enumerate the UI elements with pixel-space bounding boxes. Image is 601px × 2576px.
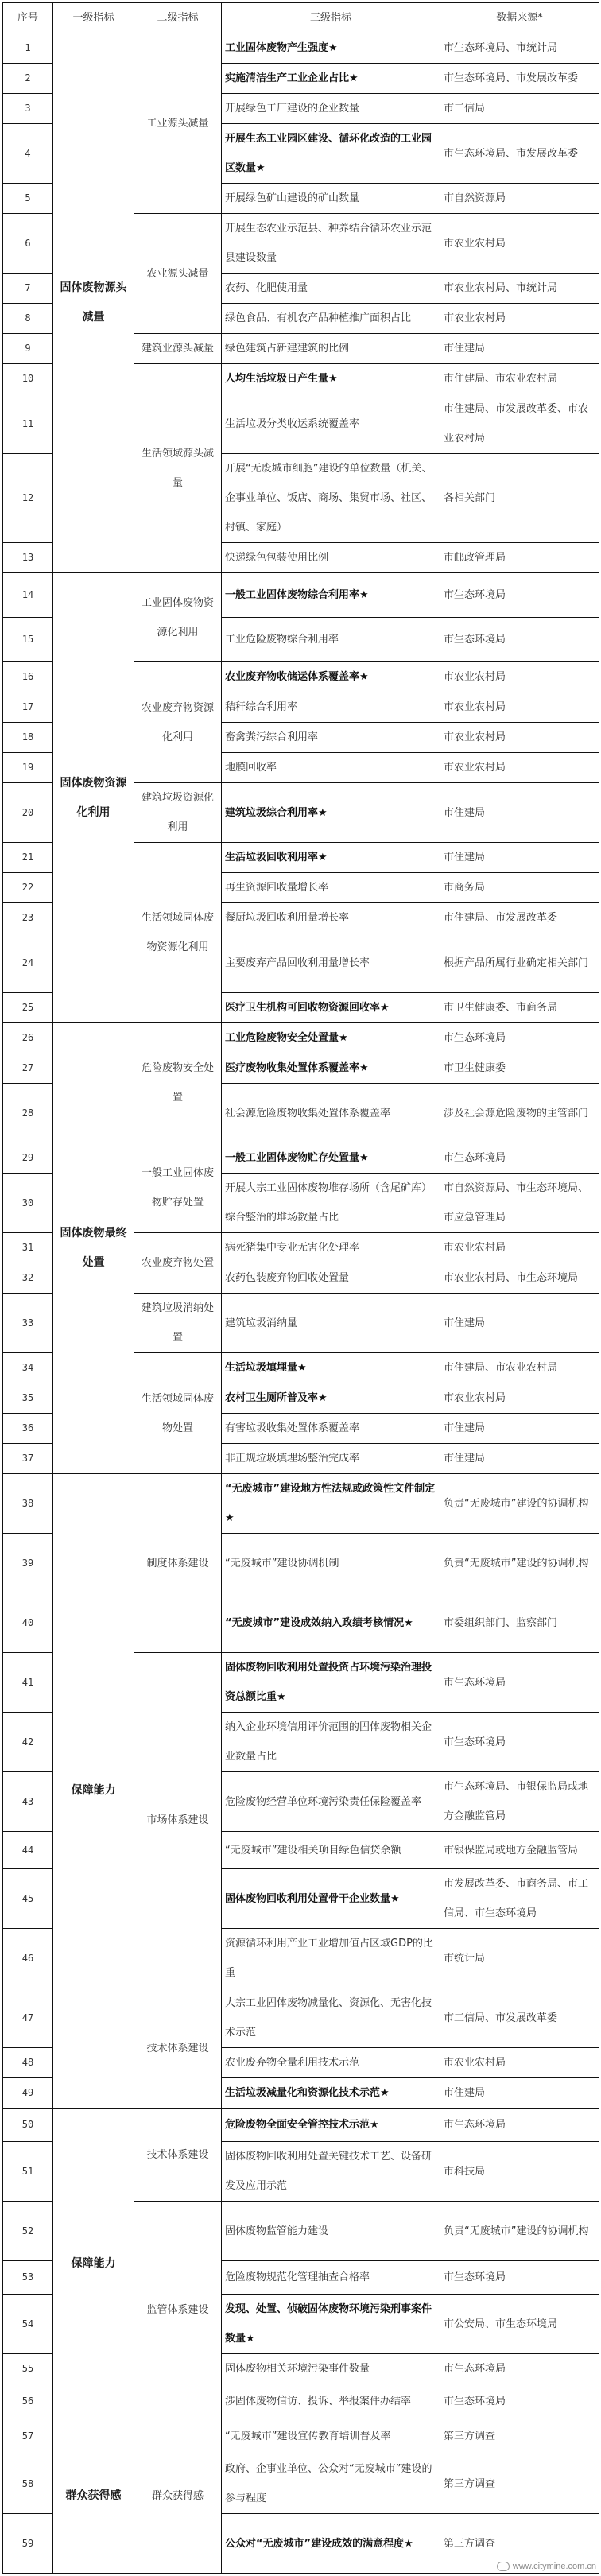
data-source: 市生态环境局、市发展改革委 bbox=[440, 64, 599, 94]
row-number: 22 bbox=[3, 873, 53, 903]
row-number: 58 bbox=[3, 2454, 53, 2514]
row-number: 11 bbox=[3, 394, 53, 454]
key-indicator: “无废城市”建设成效纳入政绩考核情况★ bbox=[222, 1593, 440, 1653]
table-row: 38保障能力制度体系建设“无废城市”建设地方性法规或政策性文件制定★负责“无废城… bbox=[3, 1474, 599, 1534]
row-number: 27 bbox=[3, 1053, 53, 1084]
row-number: 42 bbox=[3, 1713, 53, 1772]
data-source: 各相关部门 bbox=[440, 454, 599, 543]
key-indicator: 工业固体废物产生强度★ bbox=[222, 33, 440, 64]
level3-indicator: 建筑垃圾消纳量 bbox=[222, 1294, 440, 1353]
row-number: 24 bbox=[3, 933, 53, 993]
level3-indicator: 农业废弃物全量利用技术示范 bbox=[222, 2048, 440, 2078]
row-number: 12 bbox=[3, 454, 53, 543]
level3-indicator: 畜禽粪污综合利用率 bbox=[222, 723, 440, 753]
level3-indicator: 绿色建筑占新建建筑的比例 bbox=[222, 334, 440, 364]
level3-indicator: 固体废物监管能力建设 bbox=[222, 2202, 440, 2261]
row-number: 30 bbox=[3, 1174, 53, 1233]
row-number: 4 bbox=[3, 124, 53, 184]
table-row: 26固体废物最终处置危险废物安全处置工业危险废物安全处置量★市生态环境局 bbox=[3, 1023, 599, 1053]
row-number: 43 bbox=[3, 1772, 53, 1832]
row-number: 19 bbox=[3, 753, 53, 783]
level3-indicator: 餐厨垃圾回收利用量增长率 bbox=[222, 903, 440, 933]
row-number: 1 bbox=[3, 33, 53, 64]
row-number: 52 bbox=[3, 2202, 53, 2261]
data-source: 市科技局 bbox=[440, 2142, 599, 2202]
data-source: 市农业农村局 bbox=[440, 753, 599, 783]
level3-indicator: 资源循环利用产业工业增加值占区域GDP的比重 bbox=[222, 1929, 440, 1988]
level3-indicator: 开展大宗工业固体废物堆存场所（含尾矿库）综合整治的堆场数量占比 bbox=[222, 1174, 440, 1233]
data-source: 市住建局、市农业农村局 bbox=[440, 1353, 599, 1383]
row-number: 47 bbox=[3, 1988, 53, 2048]
row-number: 29 bbox=[3, 1143, 53, 1174]
level3-indicator: 危险废物规范化管理抽查合格率 bbox=[222, 2261, 440, 2295]
level3-indicator: 固体废物回收利用处置关键技术工艺、设备研发及应用示范 bbox=[222, 2142, 440, 2202]
table-row: 1固体废物源头减量工业源头减量工业固体废物产生强度★市生态环境局、市统计局 bbox=[3, 33, 599, 64]
level3-indicator: 开展绿色矿山建设的矿山数量 bbox=[222, 184, 440, 214]
data-source: 市住建局、市农业农村局 bbox=[440, 364, 599, 394]
data-source: 市卫生健康委、市商务局 bbox=[440, 993, 599, 1023]
data-source: 市自然资源局 bbox=[440, 184, 599, 214]
row-number: 35 bbox=[3, 1383, 53, 1414]
row-number: 26 bbox=[3, 1023, 53, 1053]
level1-indicator: 固体废物资源化利用 bbox=[53, 573, 134, 1023]
key-indicator: 建筑垃圾综合利用率★ bbox=[222, 783, 440, 843]
row-number: 55 bbox=[3, 2354, 53, 2384]
level3-indicator: 绿色食品、有机农产品种植推广面积占比 bbox=[222, 304, 440, 334]
level3-indicator: 纳入企业环境信用评价范围的固体废物相关企业数量占比 bbox=[222, 1713, 440, 1772]
data-source: 市生态环境局 bbox=[440, 2261, 599, 2295]
data-source: 市公安局、市生态环境局 bbox=[440, 2295, 599, 2354]
data-source: 涉及社会源危险废物的主管部门 bbox=[440, 1084, 599, 1143]
data-source: 负责“无废城市”建设的协调机构 bbox=[440, 1474, 599, 1534]
row-number: 10 bbox=[3, 364, 53, 394]
level2-indicator: 制度体系建设 bbox=[134, 1474, 222, 1653]
row-number: 34 bbox=[3, 1353, 53, 1383]
key-indicator: 生活垃圾减量化和资源化技术示范★ bbox=[222, 2078, 440, 2109]
level2-indicator: 监管体系建设 bbox=[134, 2202, 222, 2419]
data-source: 市农业农村局 bbox=[440, 662, 599, 692]
header-level2: 二级指标 bbox=[134, 3, 222, 33]
key-indicator: 一般工业固体废物贮存处置量★ bbox=[222, 1143, 440, 1174]
level3-indicator: 再生资源回收量增长率 bbox=[222, 873, 440, 903]
key-indicator: 一般工业固体废物综合利用率★ bbox=[222, 573, 440, 618]
data-source: 市发展改革委、市商务局、市工信局、市生态环境局 bbox=[440, 1869, 599, 1929]
level2-indicator: 一般工业固体废物贮存处置 bbox=[134, 1143, 222, 1233]
row-number: 49 bbox=[3, 2078, 53, 2109]
level3-indicator: 有害垃圾收集处置体系覆盖率 bbox=[222, 1414, 440, 1444]
data-source: 市统计局 bbox=[440, 1929, 599, 1988]
key-indicator: 医疗废物收集处置体系覆盖率★ bbox=[222, 1053, 440, 1084]
data-source: 市卫生健康委 bbox=[440, 1053, 599, 1084]
header-level1: 一级指标 bbox=[53, 3, 134, 33]
row-number: 45 bbox=[3, 1869, 53, 1929]
data-source: 市生态环境局 bbox=[440, 2354, 599, 2384]
level2-indicator: 农业源头减量 bbox=[134, 214, 222, 334]
row-number: 23 bbox=[3, 903, 53, 933]
row-number: 59 bbox=[3, 2514, 53, 2574]
table-body: 1固体废物源头减量工业源头减量工业固体废物产生强度★市生态环境局、市统计局2实施… bbox=[3, 33, 599, 2574]
row-number: 6 bbox=[3, 214, 53, 274]
data-source: 市生态环境局、市银保监局或地方金融监管局 bbox=[440, 1772, 599, 1832]
level2-indicator: 工业源头减量 bbox=[134, 33, 222, 214]
level1-indicator: 群众获得感 bbox=[53, 2419, 134, 2574]
data-source: 市生态环境局 bbox=[440, 573, 599, 618]
data-source: 市生态环境局 bbox=[440, 1143, 599, 1174]
data-source: 市生态环境局 bbox=[440, 1653, 599, 1713]
data-source: 市农业农村局 bbox=[440, 692, 599, 723]
key-indicator: 生活垃圾回收利用率★ bbox=[222, 843, 440, 873]
key-indicator: 开展生态工业园区建设、循环化改造的工业园区数量★ bbox=[222, 124, 440, 184]
row-number: 31 bbox=[3, 1233, 53, 1263]
data-source: 市住建局、市发展改革委 bbox=[440, 903, 599, 933]
data-source: 市住建局 bbox=[440, 2078, 599, 2109]
data-source: 市生态环境局、市发展改革委 bbox=[440, 124, 599, 184]
data-source: 负责“无废城市”建设的协调机构 bbox=[440, 2202, 599, 2261]
row-number: 48 bbox=[3, 2048, 53, 2078]
row-number: 15 bbox=[3, 618, 53, 662]
data-source: 市生态环境局 bbox=[440, 618, 599, 662]
level3-indicator: 固体废物相关环境污染事件数量 bbox=[222, 2354, 440, 2384]
level1-indicator: 保障能力 bbox=[53, 2109, 134, 2419]
row-number: 54 bbox=[3, 2295, 53, 2354]
row-number: 51 bbox=[3, 2142, 53, 2202]
key-indicator: 固体废物回收利用处置骨干企业数量★ bbox=[222, 1869, 440, 1929]
level3-indicator: 秸秆综合利用率 bbox=[222, 692, 440, 723]
key-indicator: 实施清洁生产工业企业占比★ bbox=[222, 64, 440, 94]
level3-indicator: “无废城市”建设协调机制 bbox=[222, 1534, 440, 1593]
level2-indicator: 生活领域固体废物处置 bbox=[134, 1353, 222, 1474]
data-source: 市农业农村局 bbox=[440, 1383, 599, 1414]
row-number: 36 bbox=[3, 1414, 53, 1444]
level2-indicator: 建筑垃圾资源化利用 bbox=[134, 783, 222, 843]
data-source: 市商务局 bbox=[440, 873, 599, 903]
level3-indicator: 涉固体废物信访、投诉、举报案件办结率 bbox=[222, 2384, 440, 2419]
row-number: 7 bbox=[3, 274, 53, 304]
level1-indicator: 固体废物最终处置 bbox=[53, 1023, 134, 1474]
data-source: 市农业农村局、市生态环境局 bbox=[440, 1263, 599, 1294]
level1-indicator: 保障能力 bbox=[53, 1474, 134, 2109]
level2-indicator: 生活领域固体废物资源化利用 bbox=[134, 843, 222, 1023]
data-source: 市住建局 bbox=[440, 1294, 599, 1353]
row-number: 2 bbox=[3, 64, 53, 94]
level3-indicator: 农药包装废弃物回收处置量 bbox=[222, 1263, 440, 1294]
key-indicator: “无废城市”建设地方性法规或政策性文件制定★ bbox=[222, 1474, 440, 1534]
row-number: 5 bbox=[3, 184, 53, 214]
row-number: 33 bbox=[3, 1294, 53, 1353]
data-source: 市农业农村局 bbox=[440, 304, 599, 334]
level3-indicator: 地膜回收率 bbox=[222, 753, 440, 783]
row-number: 28 bbox=[3, 1084, 53, 1143]
data-source: 市生态环境局、市统计局 bbox=[440, 33, 599, 64]
level3-indicator: 生活垃圾分类收运系统覆盖率 bbox=[222, 394, 440, 454]
row-number: 17 bbox=[3, 692, 53, 723]
level2-indicator: 技术体系建设 bbox=[134, 2109, 222, 2202]
key-indicator: 固体废物回收利用处置投资占环境污染治理投资总额比重★ bbox=[222, 1653, 440, 1713]
level2-indicator: 群众获得感 bbox=[134, 2419, 222, 2574]
level2-indicator: 市场体系建设 bbox=[134, 1653, 222, 1988]
level2-indicator: 农业废弃物处置 bbox=[134, 1233, 222, 1294]
row-number: 32 bbox=[3, 1263, 53, 1294]
level3-indicator: “无废城市”建设宣传教育培训普及率 bbox=[222, 2419, 440, 2454]
data-source: 市农业农村局 bbox=[440, 214, 599, 274]
row-number: 3 bbox=[3, 94, 53, 124]
data-source: 市农业农村局 bbox=[440, 1233, 599, 1263]
watermark: www.citymine.com.cn bbox=[497, 2562, 596, 2571]
data-source: 市生态环境局 bbox=[440, 2109, 599, 2142]
data-source: 第三方调查 bbox=[440, 2454, 599, 2514]
key-indicator: 危险废物全面安全管控技术示范★ bbox=[222, 2109, 440, 2142]
row-number: 56 bbox=[3, 2384, 53, 2419]
level3-indicator: 开展“无废城市细胞”建设的单位数量（机关、企事业单位、饭店、商场、集贸市场、社区… bbox=[222, 454, 440, 543]
table-row: 50保障能力技术体系建设危险废物全面安全管控技术示范★市生态环境局 bbox=[3, 2109, 599, 2142]
data-source: 市住建局、市发展改革委、市农业农村局 bbox=[440, 394, 599, 454]
key-indicator: 发现、处置、侦破固体废物环境污染刑事案件数量★ bbox=[222, 2295, 440, 2354]
level3-indicator: 危险废物经营单位环境污染责任保险覆盖率 bbox=[222, 1772, 440, 1832]
key-indicator: 生活垃圾填埋量★ bbox=[222, 1353, 440, 1383]
level2-indicator: 危险废物安全处置 bbox=[134, 1023, 222, 1143]
data-source: 市农业农村局、市统计局 bbox=[440, 274, 599, 304]
data-source: 市自然资源局、市生态环境局、市应急管理局 bbox=[440, 1174, 599, 1233]
data-source: 市住建局 bbox=[440, 1414, 599, 1444]
row-number: 46 bbox=[3, 1929, 53, 1988]
indicator-table: 序号 一级指标 二级指标 三级指标 数据来源* 1固体废物源头减量工业源头减量工… bbox=[2, 2, 599, 2574]
row-number: 41 bbox=[3, 1653, 53, 1713]
key-indicator: 医疗卫生机构可回收物资源回收率★ bbox=[222, 993, 440, 1023]
data-source: 第三方调查 bbox=[440, 2419, 599, 2454]
data-source: 市住建局 bbox=[440, 783, 599, 843]
row-number: 8 bbox=[3, 304, 53, 334]
level3-indicator: 开展绿色工厂建设的企业数量 bbox=[222, 94, 440, 124]
table-row: 14固体废物资源化利用工业固体废物资源化利用一般工业固体废物综合利用率★市生态环… bbox=[3, 573, 599, 618]
data-source: 市农业农村局 bbox=[440, 723, 599, 753]
row-number: 37 bbox=[3, 1444, 53, 1474]
row-number: 16 bbox=[3, 662, 53, 692]
data-source: 市工信局 bbox=[440, 94, 599, 124]
level2-indicator: 农业废弃物资源化利用 bbox=[134, 662, 222, 783]
level3-indicator: 快递绿色包装使用比例 bbox=[222, 543, 440, 573]
level3-indicator: 社会源危险废物收集处置体系覆盖率 bbox=[222, 1084, 440, 1143]
key-indicator: 人均生活垃圾日产生量★ bbox=[222, 364, 440, 394]
row-number: 21 bbox=[3, 843, 53, 873]
row-number: 50 bbox=[3, 2109, 53, 2142]
key-indicator: 农业废弃物收储运体系覆盖率★ bbox=[222, 662, 440, 692]
page: 序号 一级指标 二级指标 三级指标 数据来源* 1固体废物源头减量工业源头减量工… bbox=[0, 0, 601, 2576]
level3-indicator: 开展生态农业示范县、种养结合循环农业示范县建设数量 bbox=[222, 214, 440, 274]
level3-indicator: 工业危险废物综合利用率 bbox=[222, 618, 440, 662]
key-indicator: 工业危险废物安全处置量★ bbox=[222, 1023, 440, 1053]
header-source: 数据来源* bbox=[440, 3, 599, 33]
data-source: 市住建局 bbox=[440, 1444, 599, 1474]
header-level3: 三级指标 bbox=[222, 3, 440, 33]
level2-indicator: 建筑垃圾消纳处置 bbox=[134, 1294, 222, 1353]
data-source: 市生态环境局 bbox=[440, 1713, 599, 1772]
level3-indicator: 大宗工业固体废物减量化、资源化、无害化技术示范 bbox=[222, 1988, 440, 2048]
row-number: 44 bbox=[3, 1832, 53, 1869]
row-number: 25 bbox=[3, 993, 53, 1023]
citymine-logo-icon bbox=[497, 2562, 510, 2571]
table-row: 57群众获得感群众获得感“无废城市”建设宣传教育培训普及率第三方调查 bbox=[3, 2419, 599, 2454]
level3-indicator: “无废城市”建设相关项目绿色信贷余额 bbox=[222, 1832, 440, 1869]
data-source: 市生态环境局 bbox=[440, 2384, 599, 2419]
row-number: 39 bbox=[3, 1534, 53, 1593]
data-source: 负责“无废城市”建设的协调机构 bbox=[440, 1534, 599, 1593]
row-number: 20 bbox=[3, 783, 53, 843]
row-number: 9 bbox=[3, 334, 53, 364]
data-source: 市工信局、市发展改革委 bbox=[440, 1988, 599, 2048]
row-number: 53 bbox=[3, 2261, 53, 2295]
key-indicator: 农村卫生厕所普及率★ bbox=[222, 1383, 440, 1414]
row-number: 40 bbox=[3, 1593, 53, 1653]
row-number: 38 bbox=[3, 1474, 53, 1534]
level2-indicator: 技术体系建设 bbox=[134, 1988, 222, 2109]
data-source: 市银保监局或地方金融监管局 bbox=[440, 1832, 599, 1869]
data-source: 市农业农村局 bbox=[440, 2048, 599, 2078]
data-source: 根据产品所属行业确定相关部门 bbox=[440, 933, 599, 993]
data-source: 市委组织部门、监察部门 bbox=[440, 1593, 599, 1653]
data-source: 市住建局 bbox=[440, 843, 599, 873]
row-number: 57 bbox=[3, 2419, 53, 2454]
data-source: 市住建局 bbox=[440, 334, 599, 364]
key-indicator: 公众对“无废城市”建设成效的满意程度★ bbox=[222, 2514, 440, 2574]
data-source: 市邮政管理局 bbox=[440, 543, 599, 573]
level1-indicator: 固体废物源头减量 bbox=[53, 33, 134, 573]
level3-indicator: 农药、化肥使用量 bbox=[222, 274, 440, 304]
level2-indicator: 建筑业源头减量 bbox=[134, 334, 222, 364]
level3-indicator: 政府、企事业单位、公众对“无废城市”建设的参与程度 bbox=[222, 2454, 440, 2514]
row-number: 13 bbox=[3, 543, 53, 573]
row-number: 14 bbox=[3, 573, 53, 618]
header-seq: 序号 bbox=[3, 3, 53, 33]
level2-indicator: 生活领域源头减量 bbox=[134, 364, 222, 573]
header-row: 序号 一级指标 二级指标 三级指标 数据来源* bbox=[3, 3, 599, 33]
level2-indicator: 工业固体废物资源化利用 bbox=[134, 573, 222, 662]
watermark-text: www.citymine.com.cn bbox=[513, 2562, 596, 2571]
level3-indicator: 非正规垃圾填埋场整治完成率 bbox=[222, 1444, 440, 1474]
level3-indicator: 病死猪集中专业无害化处理率 bbox=[222, 1233, 440, 1263]
data-source: 市生态环境局 bbox=[440, 1023, 599, 1053]
level3-indicator: 主要废弃产品回收利用量增长率 bbox=[222, 933, 440, 993]
row-number: 18 bbox=[3, 723, 53, 753]
